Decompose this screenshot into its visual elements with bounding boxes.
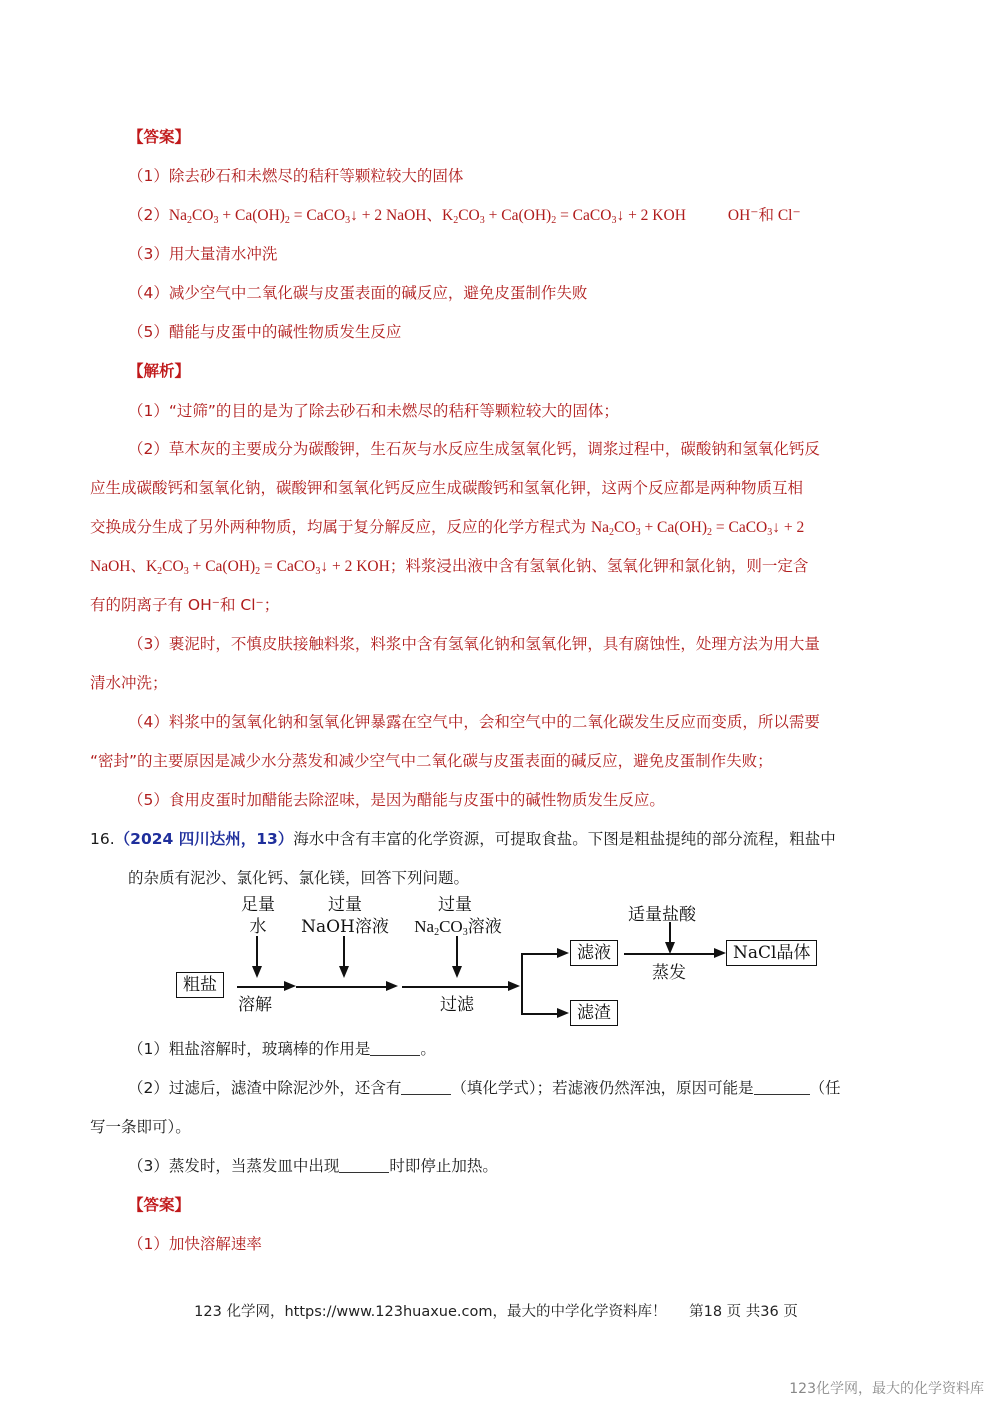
- analysis-p2-line3: 交换成分生成了另外两种物质，均属于复分解反应，反应的化学方程式为 Na2CO3 …: [90, 517, 804, 538]
- analysis-p3-line2: 清水冲洗；: [90, 673, 168, 693]
- analysis-p2-line4-text: ；料浆浸出液中含有氢氧化钠、氢氧化钾和氯化钠，则一定含: [390, 557, 809, 575]
- question-number: 16.: [90, 830, 115, 848]
- label-hcl: 适量盐酸: [628, 900, 696, 925]
- analysis-p2-line1: （2）草木灰的主要成分为碳酸钾，生石灰与水反应生成氢氧化钙，调浆过程中，碳酸钠和…: [128, 439, 820, 459]
- question-stem: 海水中含有丰富的化学资源，可提取食盐。下图是粗盐提纯的部分流程，粗盐中: [293, 830, 836, 848]
- flow-line: [521, 1013, 559, 1015]
- salt-purification-flow-diagram: 粗盐 足量 水 溶解 过量 NaOH溶液 过量 Na2CO3溶液 过滤 滤液 滤…: [160, 890, 860, 1035]
- answer-blank[interactable]: [401, 1080, 451, 1095]
- label-filter: 过滤: [440, 990, 474, 1015]
- arrow-right-icon: [508, 981, 520, 991]
- arrow-down-icon: [252, 966, 262, 978]
- watermark: 123化学网，最大的化学资料库: [789, 1378, 984, 1398]
- flow-line: [402, 986, 508, 988]
- answer-item-2-label: （2）: [128, 206, 169, 224]
- question-16-stem-line2: 的杂质有泥沙、氯化钙、氯化镁，回答下列问题。: [128, 868, 469, 888]
- box-nacl-crystal: NaCl晶体: [726, 940, 817, 966]
- answer-blank[interactable]: [339, 1158, 389, 1173]
- branch-line: [521, 953, 523, 1013]
- flow-line: [296, 986, 386, 988]
- analysis-p2-line3-text: 交换成分生成了另外两种物质，均属于复分解反应，反应的化学方程式为: [90, 518, 591, 536]
- box-filtrate: 滤液: [570, 940, 618, 966]
- arrow-right-icon: [557, 948, 569, 958]
- analysis-heading: 【解析】: [128, 361, 190, 381]
- flow-line: [237, 986, 287, 988]
- sub-question-1: （1）粗盐溶解时，玻璃棒的作用是。: [128, 1039, 436, 1059]
- answer-2-item-1: （1）加快溶解速率: [128, 1234, 262, 1254]
- equation-na2co3-inline: Na2CO3 + Ca(OH)2 = CaCO3↓ + 2: [591, 519, 804, 536]
- answer-item-2: （2）Na2CO3 + Ca(OH)2 = CaCO3↓ + 2 NaOH、K2…: [128, 205, 801, 226]
- box-crude-salt: 粗盐: [176, 972, 224, 998]
- label-evaporate: 蒸发: [652, 958, 686, 983]
- flow-line: [669, 922, 671, 942]
- answer-item-3: （3）用大量清水冲洗: [128, 244, 277, 264]
- arrow-right-icon: [714, 948, 726, 958]
- equation-k2co3: K2CO3 + Ca(OH)2 = CaCO3↓ + 2 KOH: [442, 207, 686, 224]
- arrow-right-icon: [284, 981, 296, 991]
- analysis-p2-line5: 有的阴离子有 OH⁻和 Cl⁻；: [90, 595, 279, 615]
- analysis-p5: （5）食用皮蛋时加醋能去除涩味，是因为醋能与皮蛋中的碱性物质发生反应。: [128, 790, 665, 810]
- answer-item-4: （4）减少空气中二氧化碳与皮蛋表面的碱反应，避免皮蛋制作失败: [128, 283, 587, 303]
- sub-question-2-line2: 写一条即可）。: [90, 1117, 191, 1137]
- answer-heading-2: 【答案】: [128, 1195, 190, 1215]
- anion-answer: OH⁻和 Cl⁻: [728, 207, 801, 224]
- answer-item-5: （5）醋能与皮蛋中的碱性物质发生反应: [128, 322, 401, 342]
- analysis-p2-line2: 应生成碳酸钙和氢氧化钠，碳酸钾和氢氧化钙反应生成碳酸钙和氢氧化钾，这两个反应都是…: [90, 478, 803, 498]
- analysis-p3-line1: （3）裹泥时，不慎皮肤接触料浆，料浆中含有氢氧化钠和氢氧化钾，具有腐蚀性，处理方…: [128, 634, 820, 654]
- flow-line: [521, 953, 559, 955]
- box-residue: 滤渣: [570, 1000, 618, 1026]
- arrow-right-icon: [386, 981, 398, 991]
- footer-page-number: 第18 页 共36 页: [689, 1304, 798, 1320]
- arrow-right-icon: [557, 1008, 569, 1018]
- page-footer: 123 化学网，https://www.123huaxue.com，最大的中学化…: [0, 1300, 992, 1321]
- footer-site-text: 123 化学网，https://www.123huaxue.com，最大的中学化…: [194, 1304, 666, 1320]
- equation-k2co3-inline: NaOH、K2CO3 + Ca(OH)2 = CaCO3↓ + 2 KOH: [90, 558, 390, 575]
- question-source: （2024 四川达州，13）: [115, 830, 294, 848]
- document-page: 【答案】 （1）除去砂石和未燃尽的秸秆等颗粒较大的固体 （2）Na2CO3 + …: [0, 0, 992, 1403]
- answer-blank[interactable]: [370, 1041, 420, 1056]
- arrow-down-icon: [452, 966, 462, 978]
- label-water: 水: [238, 912, 278, 937]
- analysis-p1: （1）“过筛”的目的是为了除去砂石和未燃尽的秸秆等颗粒较大的固体；: [128, 401, 619, 421]
- arrow-down-icon: [665, 942, 675, 954]
- label-dissolve: 溶解: [238, 990, 272, 1015]
- answer-heading: 【答案】: [128, 127, 190, 147]
- analysis-p2-line4: NaOH、K2CO3 + Ca(OH)2 = CaCO3↓ + 2 KOH；料浆…: [90, 556, 808, 577]
- equation-na2co3: Na2CO3 + Ca(OH)2 = CaCO3↓ + 2 NaOH: [169, 207, 427, 224]
- analysis-p4-line1: （4）料浆中的氢氧化钠和氢氧化钾暴露在空气中，会和空气中的二氧化碳发生反应而变质…: [128, 712, 820, 732]
- flow-line: [343, 936, 345, 966]
- flow-line: [456, 936, 458, 966]
- label-naoh-solution: NaOH溶液: [285, 912, 405, 937]
- flow-line: [256, 936, 258, 966]
- analysis-p4-line2: “密封”的主要原因是减少水分蒸发和减少空气中二氧化碳与皮蛋表面的碱反应，避免皮蛋…: [90, 751, 773, 771]
- arrow-down-icon: [339, 966, 349, 978]
- sub-question-2: （2）过滤后，滤渣中除泥沙外，还含有（填化学式）；若滤液仍然浑浊，原因可能是（任: [128, 1078, 841, 1098]
- separator: 、: [427, 206, 443, 224]
- answer-item-1: （1）除去砂石和未燃尽的秸秆等颗粒较大的固体: [128, 166, 463, 186]
- answer-blank[interactable]: [754, 1080, 810, 1095]
- sub-question-3: （3）蒸发时，当蒸发皿中出现时即停止加热。: [128, 1156, 498, 1176]
- label-na2co3-solution: Na2CO3溶液: [398, 912, 518, 937]
- question-16-stem-line1: 16.（2024 四川达州，13）海水中含有丰富的化学资源，可提取食盐。下图是粗…: [90, 829, 836, 849]
